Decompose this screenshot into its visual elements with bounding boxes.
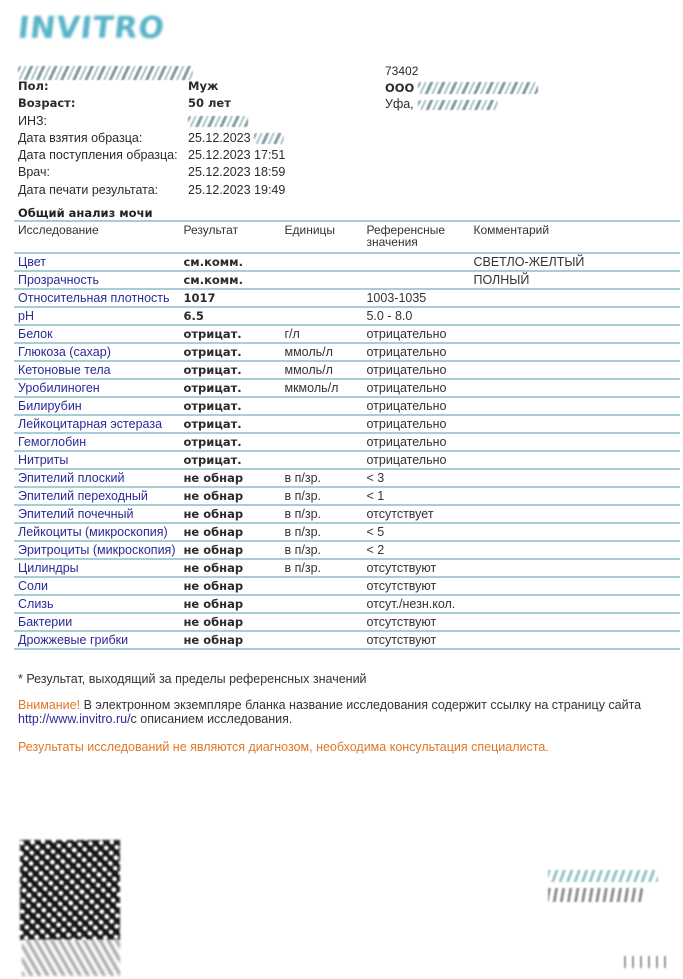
column-header-test: Исследование (14, 221, 179, 253)
test-name[interactable]: Лейкоциты (микроскопия) (14, 523, 179, 541)
table-row: Нитритыотрицат.отрицательно (14, 451, 680, 469)
test-reference: отсутствуют (362, 577, 469, 595)
lab-organization: ООО (385, 80, 538, 97)
info-label: Дата печати результата: (18, 182, 188, 199)
test-units (280, 271, 362, 289)
test-name[interactable]: Слизь (14, 595, 179, 613)
info-label: Пол: (18, 78, 188, 95)
test-reference: 5.0 - 8.0 (362, 307, 469, 325)
test-name[interactable]: Глюкоза (сахар) (14, 343, 179, 361)
test-comment: ПОЛНЫЙ (469, 271, 680, 289)
test-units (280, 595, 362, 613)
test-units: в п/зр. (280, 523, 362, 541)
test-result: не обнар (179, 505, 280, 523)
test-reference: < 3 (362, 469, 469, 487)
test-reference: отрицательно (362, 433, 469, 451)
test-reference: 1003-1035 (362, 289, 469, 307)
org-prefix: ООО (385, 81, 414, 95)
test-name[interactable]: Цвет (14, 253, 179, 271)
test-result: см.комм. (179, 253, 280, 271)
test-name[interactable]: Уробилиноген (14, 379, 179, 397)
test-result: отрицат. (179, 415, 280, 433)
table-header-row: Исследование Результат Единицы Референсн… (14, 221, 680, 253)
test-reference: отрицательно (362, 415, 469, 433)
table-row: Цилиндрыне обнарв п/зр.отсутствуют (14, 559, 680, 577)
test-name[interactable]: Лейкоцитарная эстераза (14, 415, 179, 433)
table-row: Лейкоцитарная эстеразаотрицат.отрицатель… (14, 415, 680, 433)
test-units (280, 631, 362, 649)
test-result: не обнар (179, 469, 280, 487)
test-comment (469, 523, 680, 541)
table-row: Цветсм.комм.СВЕТЛО-ЖЕЛТЫЙ (14, 253, 680, 271)
qr-code-redacted (20, 840, 120, 940)
test-units: в п/зр. (280, 505, 362, 523)
test-comment (469, 361, 680, 379)
test-name[interactable]: Билирубин (14, 397, 179, 415)
test-units: в п/зр. (280, 487, 362, 505)
test-comment (469, 577, 680, 595)
test-result: отрицат. (179, 451, 280, 469)
test-comment (469, 307, 680, 325)
warning-note: Внимание! В электронном экземпляре бланк… (18, 698, 668, 726)
info-label: Дата поступления образца: (18, 147, 188, 164)
table-row: Дрожжевые грибкине обнаротсутствуют (14, 631, 680, 649)
table-row: pH6.55.0 - 8.0 (14, 307, 680, 325)
test-units (280, 307, 362, 325)
test-result: отрицат. (179, 433, 280, 451)
test-name[interactable]: Кетоновые тела (14, 361, 179, 379)
test-units (280, 415, 362, 433)
test-name[interactable]: pH (14, 307, 179, 325)
city-prefix: Уфа, (385, 97, 414, 111)
test-result: см.комм. (179, 271, 280, 289)
table-row: Гемоглобинотрицат.отрицательно (14, 433, 680, 451)
table-row: Эпителий переходныйне обнарв п/зр.< 1 (14, 487, 680, 505)
barcode-redacted (22, 940, 120, 976)
lab-address: Уфа, (385, 96, 538, 113)
test-reference: отрицательно (362, 379, 469, 397)
redaction-mark (418, 82, 538, 94)
test-name[interactable]: Цилиндры (14, 559, 179, 577)
info-label: Возраст: (18, 95, 188, 112)
invitro-link[interactable]: http://www.invitro.ru/ (18, 712, 131, 726)
test-result: 1017 (179, 289, 280, 307)
test-units (280, 613, 362, 631)
table-row: Билирубинотрицат.отрицательно (14, 397, 680, 415)
lab-info: 73402 ООО Уфа, (385, 63, 538, 113)
test-comment (469, 559, 680, 577)
test-reference: отсутствуют (362, 613, 469, 631)
test-comment (469, 289, 680, 307)
info-label: Врач: (18, 164, 188, 181)
test-units (280, 253, 362, 271)
test-name[interactable]: Прозрачность (14, 271, 179, 289)
table-row: Эпителий почечныйне обнарв п/зр.отсутств… (14, 505, 680, 523)
test-reference: < 5 (362, 523, 469, 541)
test-comment (469, 613, 680, 631)
test-units (280, 577, 362, 595)
test-name[interactable]: Белок (14, 325, 179, 343)
warning-text: В электронном экземпляре бланка название… (80, 698, 641, 712)
table-row: Прозрачностьсм.комм.ПОЛНЫЙ (14, 271, 680, 289)
test-units (280, 451, 362, 469)
results-table: Исследование Результат Единицы Референсн… (14, 220, 680, 650)
test-comment (469, 343, 680, 361)
test-name[interactable]: Эритроциты (микроскопия) (14, 541, 179, 559)
table-row: Эпителий плоскийне обнарв п/зр.< 3 (14, 469, 680, 487)
notes: * Результат, выходящий за пределы рефере… (18, 672, 668, 754)
test-name[interactable]: Эпителий переходный (14, 487, 179, 505)
test-result: не обнар (179, 559, 280, 577)
lab-code: 73402 (385, 63, 538, 80)
column-header-units: Единицы (280, 221, 362, 253)
table-row: Бактериине обнаротсутствуют (14, 613, 680, 631)
test-result: отрицат. (179, 361, 280, 379)
test-comment (469, 631, 680, 649)
info-value: 25.12.2023 17:51 (188, 147, 285, 164)
test-units: ммоль/л (280, 361, 362, 379)
warning-title: Внимание! (18, 698, 80, 712)
table-row: Кетоновые телаотрицат.ммоль/лотрицательн… (14, 361, 680, 379)
test-name[interactable]: Эпителий плоский (14, 469, 179, 487)
test-reference: отсутствуют (362, 631, 469, 649)
test-reference: < 2 (362, 541, 469, 559)
test-result: не обнар (179, 523, 280, 541)
test-result: не обнар (179, 613, 280, 631)
table-row: Лейкоциты (микроскопия)не обнарв п/зр.< … (14, 523, 680, 541)
table-row: Эритроциты (микроскопия)не обнарв п/зр.<… (14, 541, 680, 559)
test-units (280, 433, 362, 451)
test-result: не обнар (179, 487, 280, 505)
test-units: ммоль/л (280, 343, 362, 361)
test-comment (469, 541, 680, 559)
test-units: мкмоль/л (280, 379, 362, 397)
test-result: не обнар (179, 595, 280, 613)
disclaimer: Результаты исследований не являются диаг… (18, 740, 668, 754)
test-comment (469, 379, 680, 397)
test-name[interactable]: Гемоглобин (14, 433, 179, 451)
table-row: Относительная плотность10171003-1035 (14, 289, 680, 307)
test-reference: отрицательно (362, 397, 469, 415)
test-result: отрицат. (179, 379, 280, 397)
info-value: 25.12.2023 18:59 (188, 164, 285, 181)
info-label: ИНЗ: (18, 113, 188, 130)
info-value: 50 лет (188, 95, 231, 112)
test-name[interactable]: Нитриты (14, 451, 179, 469)
test-result: не обнар (179, 577, 280, 595)
test-name[interactable]: Дрожжевые грибки (14, 631, 179, 649)
test-name[interactable]: Бактерии (14, 613, 179, 631)
test-units: в п/зр. (280, 541, 362, 559)
info-value: Муж (188, 78, 218, 95)
test-units: в п/зр. (280, 559, 362, 577)
column-header-comment: Комментарий (469, 221, 680, 253)
test-result: 6.5 (179, 307, 280, 325)
test-comment: СВЕТЛО-ЖЕЛТЫЙ (469, 253, 680, 271)
test-result: не обнар (179, 541, 280, 559)
section-title: Общий анализ мочи (18, 206, 153, 220)
info-value (188, 113, 248, 130)
table-row: Глюкоза (сахар)отрицат.ммоль/лотрицатель… (14, 343, 680, 361)
column-header-result: Результат (179, 221, 280, 253)
redaction-mark (418, 100, 498, 110)
column-header-reference: Референсные значения (362, 221, 469, 253)
redaction-mark (188, 116, 248, 127)
test-reference: < 1 (362, 487, 469, 505)
page-mark (624, 956, 666, 968)
test-reference: отрицательно (362, 325, 469, 343)
table-row: Белокотрицат.г/лотрицательно (14, 325, 680, 343)
info-value: 25.12.2023 (188, 130, 284, 147)
test-units: г/л (280, 325, 362, 343)
invitro-logo: INVITRO (16, 10, 160, 48)
redaction-mark (254, 133, 284, 144)
test-reference: отсутствуют (362, 559, 469, 577)
test-reference: отсутствует (362, 505, 469, 523)
test-units (280, 289, 362, 307)
test-comment (469, 397, 680, 415)
test-comment (469, 325, 680, 343)
test-comment (469, 595, 680, 613)
test-comment (469, 487, 680, 505)
test-reference: отсут./незн.кол. (362, 595, 469, 613)
test-units: в п/зр. (280, 469, 362, 487)
test-comment (469, 469, 680, 487)
test-result: не обнар (179, 631, 280, 649)
test-result: отрицат. (179, 397, 280, 415)
test-comment (469, 433, 680, 451)
signature-stamp-redacted (548, 870, 660, 910)
test-name[interactable]: Соли (14, 577, 179, 595)
test-reference: отрицательно (362, 451, 469, 469)
test-reference (362, 253, 469, 271)
test-comment (469, 415, 680, 433)
table-row: Уробилиногенотрицат.мкмоль/лотрицательно (14, 379, 680, 397)
info-value: 25.12.2023 19:49 (188, 182, 285, 199)
table-row: Солине обнаротсутствуют (14, 577, 680, 595)
test-reference: отрицательно (362, 361, 469, 379)
test-reference (362, 271, 469, 289)
link-suffix: с описанием исследования. (131, 712, 293, 726)
test-result: отрицат. (179, 343, 280, 361)
info-label: Дата взятия образца: (18, 130, 188, 147)
table-row: Слизьне обнаротсут./незн.кол. (14, 595, 680, 613)
test-reference: отрицательно (362, 343, 469, 361)
test-name[interactable]: Эпителий почечный (14, 505, 179, 523)
test-result: отрицат. (179, 325, 280, 343)
test-comment (469, 505, 680, 523)
test-units (280, 397, 362, 415)
footnote: * Результат, выходящий за пределы рефере… (18, 672, 668, 686)
test-comment (469, 451, 680, 469)
test-name[interactable]: Относительная плотность (14, 289, 179, 307)
